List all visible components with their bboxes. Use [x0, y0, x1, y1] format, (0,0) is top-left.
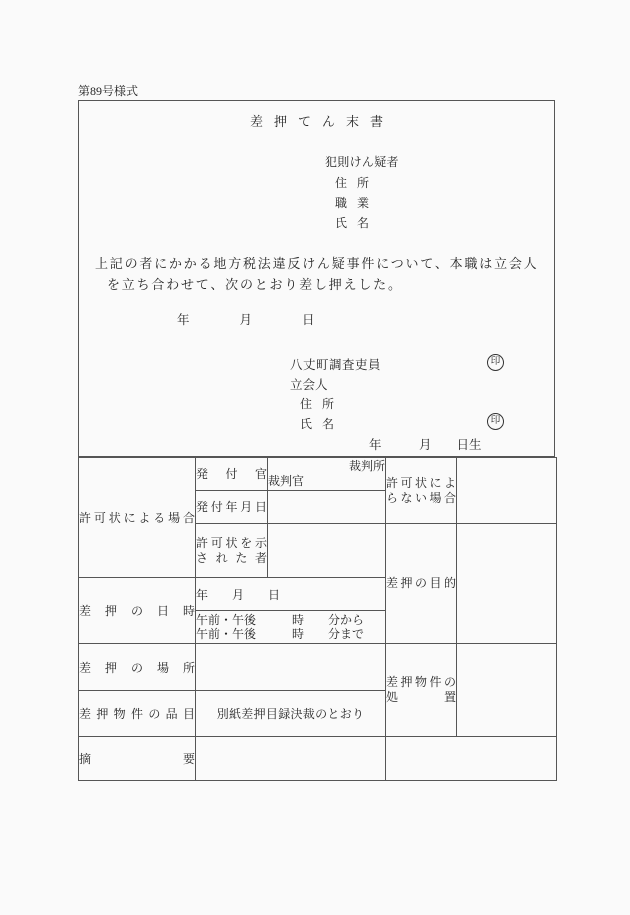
- disposition-value-cell: [457, 644, 557, 737]
- time-to-blank: 午前・午後 時 分まで: [196, 627, 385, 641]
- court-judge-cell: 裁判所 裁判官: [268, 458, 386, 491]
- seizure-table: 許可状による場合 発付官 裁判所 裁判官 許可状によらない場合 発付年月日 許可…: [78, 457, 557, 781]
- summary-label-cell: 摘要: [79, 737, 196, 781]
- warrant-shown-value-cell: [268, 524, 386, 578]
- seizure-datetime-label-cell: 差押の日時: [79, 578, 196, 644]
- form-number: 第89号様式: [78, 82, 138, 99]
- page: 第89号様式 差押てん末書 犯則けん疑者 住所 職業 氏名 上記の者にかかる地方…: [0, 0, 630, 915]
- summary-value-cell-left: [196, 737, 386, 781]
- document-frame: 差押てん末書 犯則けん疑者 住所 職業 氏名 上記の者にかかる地方税法違反けん疑…: [78, 100, 555, 457]
- disposition-label-cell: 差押物件の処置: [386, 644, 457, 737]
- court-name-blank: 裁判所: [268, 459, 385, 474]
- no-warrant-label-cell: 許可状によらない場合: [386, 458, 457, 524]
- judge-label: 裁判官: [268, 474, 385, 489]
- issue-date-label-cell: 発付年月日: [196, 491, 268, 524]
- seizure-date-blank-cell: 年 月 日: [196, 578, 386, 611]
- time-from-blank: 午前・午後 時 分から: [196, 613, 385, 627]
- officer-title: 八丈町調査吏員: [290, 355, 381, 373]
- execution-date-blank: 年 月 日: [177, 310, 315, 328]
- witness-birthdate-blank: 年 月 日生: [369, 435, 482, 453]
- witness-name-label: 氏名: [300, 415, 344, 432]
- issuing-officer-label-cell: 発付官: [196, 458, 268, 491]
- warrant-shown-label-cell: 許可状を示された者: [196, 524, 268, 578]
- document-title: 差押てん末書: [79, 111, 554, 130]
- suspect-name-label: 氏名: [335, 214, 379, 231]
- officer-seal-icon: 印: [487, 354, 504, 371]
- witness-seal-icon: 印: [487, 413, 504, 430]
- no-warrant-value-cell: [457, 458, 557, 524]
- seizure-purpose-label-cell: 差押の目的: [386, 524, 457, 644]
- summary-value-cell-right: [386, 737, 557, 781]
- seized-items-label-cell: 差押物件の品目: [79, 691, 196, 737]
- witness-label: 立会人: [290, 375, 328, 393]
- body-paragraph-line2: を立ち合わせて、次のとおり差し押えした。: [107, 274, 403, 293]
- suspect-heading: 犯則けん疑者: [325, 153, 399, 170]
- seizure-purpose-value-cell: [457, 524, 557, 644]
- seizure-time-blank-cell: 午前・午後 時 分から 午前・午後 時 分まで: [196, 611, 386, 644]
- issue-date-value-cell: [268, 491, 386, 524]
- seizure-place-label-cell: 差押の場所: [79, 644, 196, 691]
- seizure-place-value-cell: [196, 644, 386, 691]
- suspect-occupation-label: 職業: [335, 194, 379, 211]
- warrant-case-label-cell: 許可状による場合: [79, 458, 196, 578]
- body-paragraph-line1: 上記の者にかかる地方税法違反けん疑事件について、本職は立会人: [95, 253, 538, 272]
- seized-items-value-cell: 別紙差押目録決裁のとおり: [196, 691, 386, 737]
- witness-address-label: 住所: [300, 395, 344, 412]
- suspect-address-label: 住所: [335, 174, 379, 191]
